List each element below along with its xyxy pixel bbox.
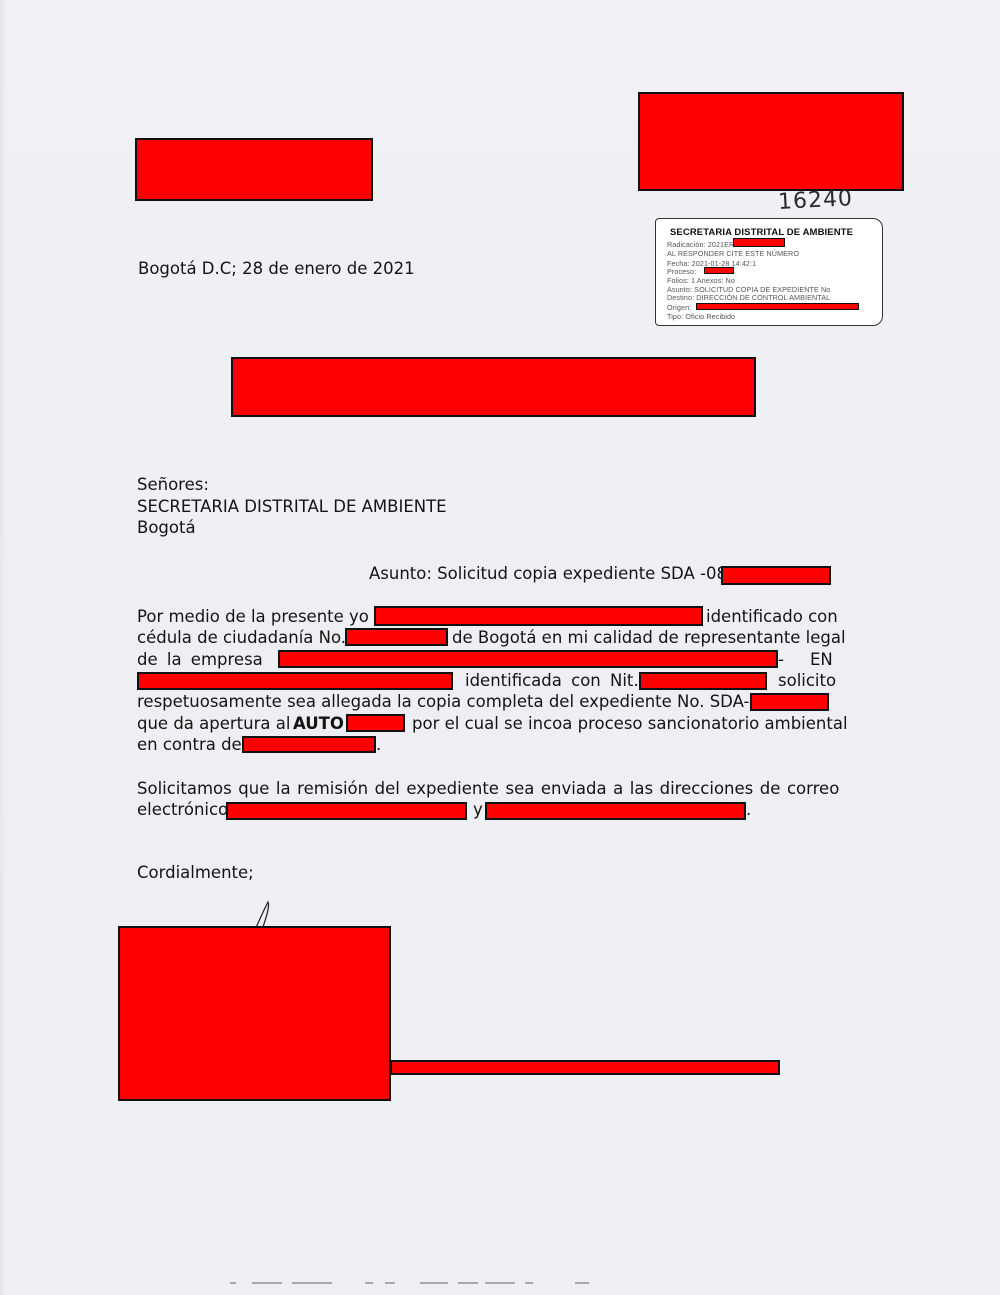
redacted-signature bbox=[118, 926, 391, 1101]
redacted-email-1 bbox=[226, 802, 467, 820]
redacted-signer-line bbox=[390, 1060, 780, 1075]
cropped-footer-text bbox=[230, 1280, 770, 1286]
redacted-logo-right bbox=[638, 92, 904, 191]
stamp-tipo: Tipo: Oficio Recibido bbox=[667, 312, 735, 321]
para1-line6-start: que da apertura al bbox=[137, 713, 290, 735]
reception-stamp: SECRETARIA DISTRITAL DE AMBIENTE Radicac… bbox=[655, 218, 883, 326]
date-line: Bogotá D.C; 28 de enero de 2021 bbox=[138, 258, 415, 280]
redacted-company-name-cont bbox=[137, 672, 453, 690]
stamp-origen: Origen: bbox=[667, 303, 691, 312]
para1-line5: respetuosamente sea allegada la copia co… bbox=[137, 691, 776, 713]
para2-line1: Solicitamos que la remisión del expedien… bbox=[137, 778, 839, 800]
para1-line3-start: de la empresa bbox=[137, 649, 263, 671]
redacted-reference-block bbox=[231, 357, 756, 417]
redacted-auto-number bbox=[346, 714, 405, 732]
para1-line4-end: solicito bbox=[778, 670, 836, 692]
stamp-redaction-radicacion bbox=[733, 238, 785, 247]
handwritten-number: 16240 bbox=[777, 186, 853, 215]
closing: Cordialmente; bbox=[137, 862, 254, 884]
redacted-logo-left bbox=[135, 138, 373, 201]
para1-line2-start: cédula de ciudadanía No. bbox=[137, 627, 346, 649]
stamp-cite: AL RESPONDER CITE ESTE NÚMERO bbox=[667, 249, 799, 258]
redacted-id-number bbox=[345, 628, 448, 646]
redacted-representative-name bbox=[374, 606, 703, 626]
redacted-expediente-number bbox=[750, 693, 829, 711]
stamp-title: SECRETARIA DISTRITAL DE AMBIENTE bbox=[670, 227, 853, 238]
redacted-company-name bbox=[278, 650, 778, 668]
redacted-nit bbox=[639, 672, 767, 690]
para2-line2-start: electrónico bbox=[137, 799, 228, 821]
redacted-against-party bbox=[242, 736, 376, 753]
para1-line7-end: . bbox=[376, 734, 381, 756]
stamp-folios: Folios: 1 Anexos: No bbox=[667, 276, 735, 285]
para1-line7-start: en contra de bbox=[137, 734, 242, 756]
para1-line6-end: por el cual se incoa proceso sancionator… bbox=[412, 713, 848, 735]
document-page: 16240 SECRETARIA DISTRITAL DE AMBIENTE R… bbox=[0, 0, 1000, 1295]
para1-line2-end: de Bogotá en mi calidad de representante… bbox=[452, 627, 846, 649]
subject-line: Asunto: Solicitud copia expediente SDA -… bbox=[369, 563, 733, 585]
para2-line2-end: . bbox=[746, 799, 751, 821]
redacted-email-2 bbox=[485, 802, 746, 820]
stamp-redaction-proceso bbox=[704, 267, 734, 274]
para1-line1-end: identificado con bbox=[706, 606, 838, 628]
stamp-radicacion: Radicación: 2021ER bbox=[667, 240, 734, 249]
salutation: Señores: bbox=[137, 474, 209, 496]
para1-line1-start: Por medio de la presente yo bbox=[137, 606, 369, 628]
para2-line2-and: y bbox=[473, 799, 483, 821]
redacted-subject-number bbox=[721, 566, 831, 585]
stamp-proceso: Proceso: bbox=[667, 267, 696, 276]
para1-line3-dash: - bbox=[778, 649, 784, 671]
recipient-city: Bogotá bbox=[137, 517, 196, 539]
para1-line3-end: EN bbox=[810, 649, 833, 671]
para1-auto-label: AUTO bbox=[293, 713, 344, 735]
para1-line4-start: identificada con Nit. bbox=[465, 670, 639, 692]
recipient-organization: SECRETARIA DISTRITAL DE AMBIENTE bbox=[137, 496, 447, 518]
stamp-redaction-origen bbox=[696, 303, 859, 310]
stamp-destino: Destino: DIRECCIÓN DE CONTROL AMBIENTAL bbox=[667, 293, 830, 302]
scan-edge bbox=[0, 0, 6, 1295]
